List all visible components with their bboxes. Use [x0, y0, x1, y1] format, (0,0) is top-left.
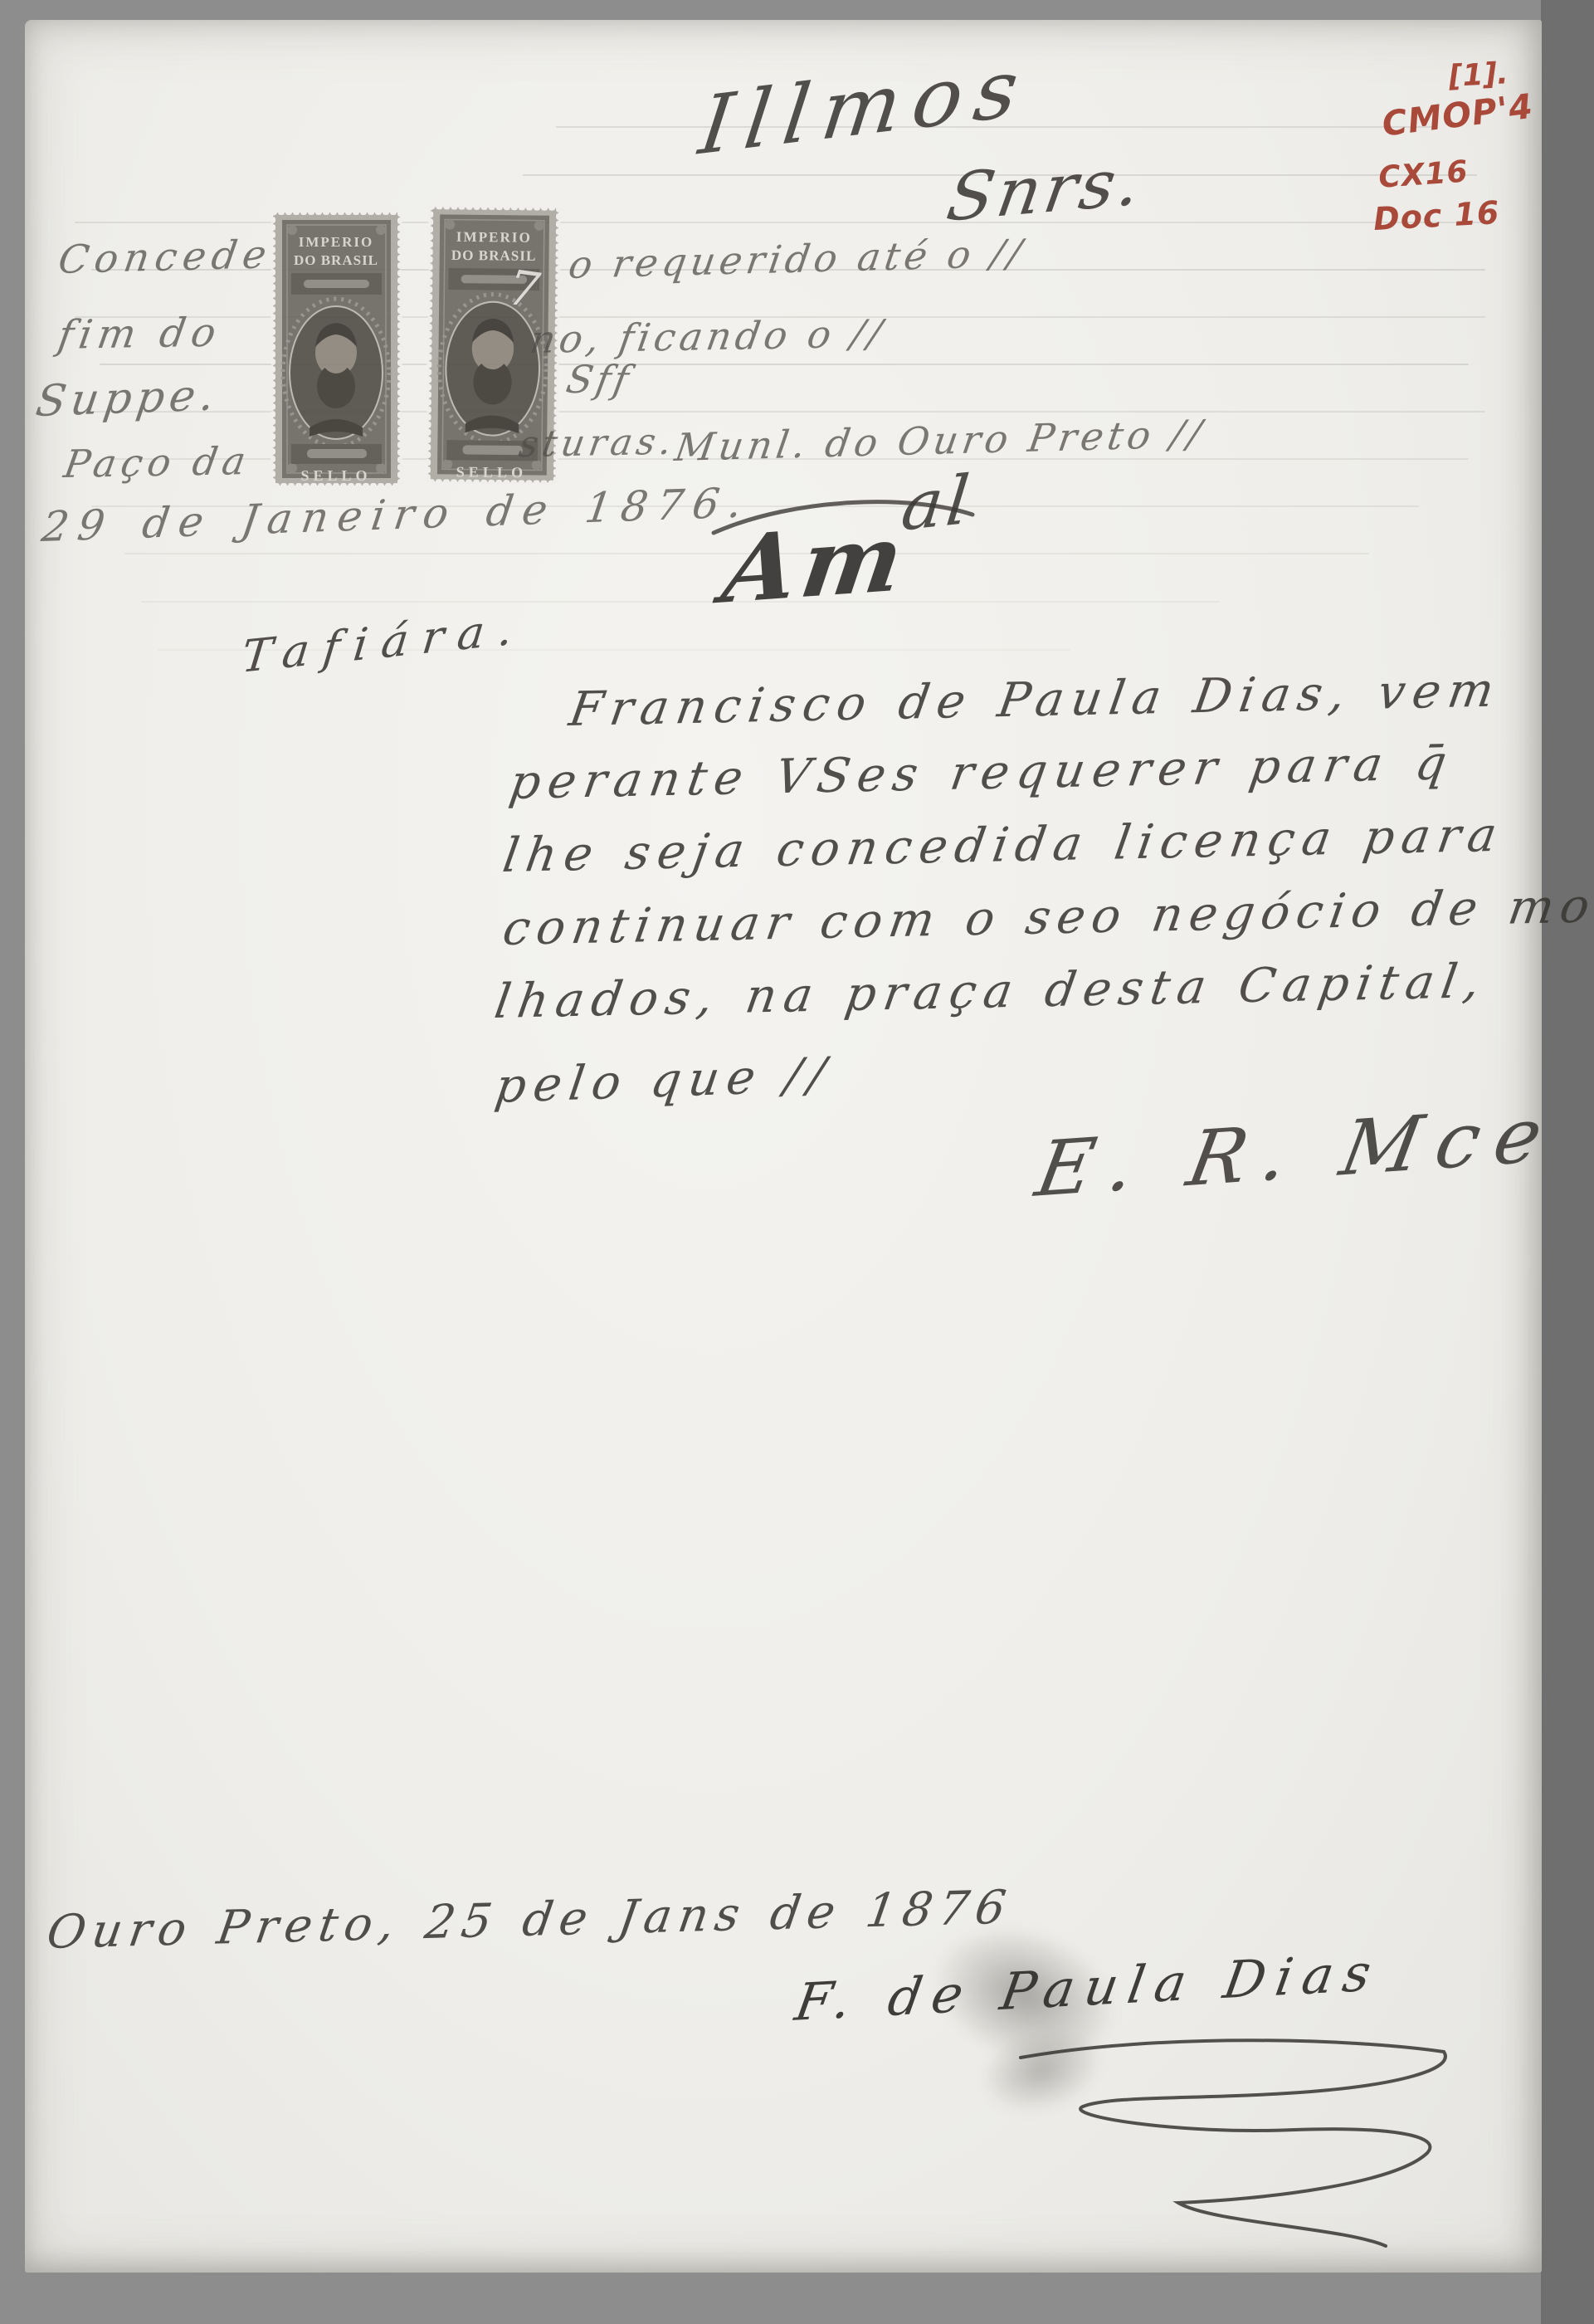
- despatch-line3-left: Suppe.: [33, 370, 223, 427]
- footer-dateline: Ouro Preto, 25 de Jans de 1876: [43, 1881, 1016, 1960]
- stamp-corner-rosette: [376, 463, 386, 473]
- ruled-line: [141, 601, 1220, 603]
- despatch-line5-left: Paço da: [61, 438, 253, 486]
- despatch-line1-right: o requerido até o //: [566, 231, 1029, 287]
- despatch-line2-right: no, ficando o //: [527, 311, 889, 362]
- archival-mark-fond: CMOP'4: [1380, 86, 1535, 144]
- stamp-lower-band-motif: [307, 449, 367, 458]
- emperor-portrait-face: [321, 339, 351, 373]
- stamp-lower-band-motif: [462, 445, 523, 455]
- document-page: [1]. CMOP'4 CX16 Doc 16 Illmos Snrs. IMP…: [25, 20, 1542, 2273]
- despatch-rubric-tail: al: [898, 461, 977, 546]
- petition-margin-word: Tafiára.: [239, 602, 529, 683]
- despatch-line1-left: Concede: [56, 232, 275, 283]
- scanned-document-viewport: { "archival_marks": { "page": "[1].", "f…: [0, 0, 1594, 2324]
- stamp-country-text-line1: IMPERIO: [299, 234, 374, 250]
- revenue-stamp-1: IMPERIO DO BRASIL SELLO: [270, 209, 403, 489]
- despatch-line5-right: Munl. do Ouro Preto //: [672, 411, 1209, 470]
- despatch-line4-right: sturas.: [516, 421, 679, 466]
- stamp-sello-text: SELLO: [456, 463, 528, 481]
- petition-line6: pelo que //: [492, 1047, 836, 1114]
- stamp-corner-rosette: [287, 463, 297, 473]
- petition-line5: lhados, na praça desta Capital,: [491, 954, 1491, 1029]
- despatch-line3-right: Sff: [563, 357, 635, 402]
- signature-flourish: [996, 2037, 1460, 2278]
- stamp-country-text-line2: DO BRASIL: [294, 252, 378, 268]
- stamp-corner-rosette: [287, 225, 297, 235]
- despatch-rubric-signature: Am: [716, 504, 914, 625]
- stamp-sello-text: SELLO: [300, 467, 371, 484]
- archival-mark-doc: Doc 16: [1372, 194, 1500, 237]
- petition-line4: continuar com o seo negócio de mo: [500, 879, 1594, 956]
- petition-closing-formula: E. R. Mce: [1030, 1090, 1564, 1214]
- stamp-country-text-line1: IMPERIO: [456, 229, 532, 246]
- stamp-corner-rosette: [376, 225, 386, 235]
- archival-mark-box: CX16: [1377, 154, 1470, 194]
- despatch-line2-left: fim do: [55, 310, 225, 359]
- petition-line2: perante VSes requerer para q̄: [506, 735, 1458, 810]
- stamp-value-band-motif: [304, 280, 369, 288]
- salutation-line1: Illmos: [695, 41, 1036, 173]
- despatch-dateline: 29 de Janeiro de 1876.: [39, 478, 754, 551]
- petition-line1: Francisco de Paula Dias, vem: [566, 663, 1505, 737]
- archival-mark-page-number: [1].: [1448, 56, 1509, 94]
- petition-line3: lhe seja concedida licença para: [500, 808, 1508, 883]
